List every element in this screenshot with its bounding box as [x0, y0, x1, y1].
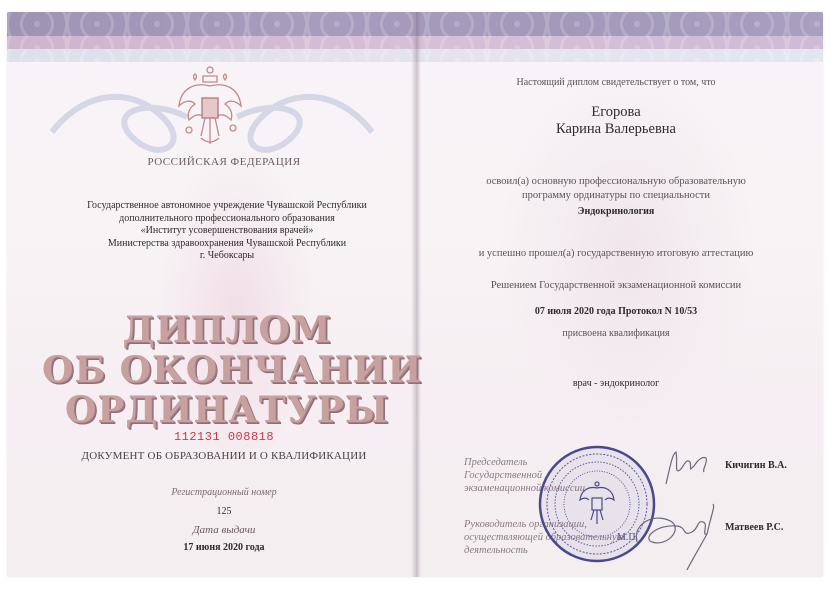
country-name: РОССИЙСКАЯ ФЕДЕРАЦИЯ: [7, 156, 441, 168]
title-line: ОБ ОКОНЧАНИИ: [42, 350, 412, 390]
protocol-reference: 07 июля 2020 года Протокол N 10/53: [421, 306, 811, 317]
document-type: ДОКУМЕНТ ОБ ОБРАЗОВАНИИ И О КВАЛИФИКАЦИИ: [7, 450, 441, 462]
attestation-statement: и успешно прошел(а) государственную итог…: [421, 248, 811, 259]
qualification: врач - эндокринолог: [421, 378, 811, 389]
organization-line: Министерства здравоохранения Чувашской Р…: [67, 238, 387, 251]
organization-line: г. Чебоксары: [67, 250, 387, 263]
program-statement-line: освоил(а) основную профессиональную обра…: [421, 175, 811, 189]
qualification-assigned-label: присвоена квалификация: [421, 328, 811, 339]
issuing-organization: Государственное автономное учреждение Чу…: [67, 200, 387, 263]
program-statement-line: программу ординатуры по специальности: [421, 189, 811, 203]
graduate-given-names: Карина Валерьевна: [421, 121, 811, 138]
registration-number-label: Регистрационный номер: [7, 487, 441, 498]
title-line: ОРДИНАТУРЫ: [42, 390, 412, 430]
head-signature-icon: [627, 502, 717, 572]
commission-chair-name: Кичигин В.А.: [725, 460, 787, 471]
certifies-text: Настоящий диплом свидетельствует о том, …: [421, 77, 811, 88]
diploma-title: ДИПЛОМ ОБ ОКОНЧАНИИ ОРДИНАТУРЫ: [42, 310, 412, 430]
specialty: Эндокринология: [421, 206, 811, 217]
registration-number: 125: [7, 506, 441, 517]
left-page: РОССИЙСКАЯ ФЕДЕРАЦИЯ Государственное авт…: [7, 12, 411, 577]
commission-decision: Решением Государственной экзаменационной…: [421, 280, 811, 291]
program-statement: освоил(а) основную профессиональную обра…: [421, 175, 811, 203]
diploma-sheet: РОССИЙСКАЯ ФЕДЕРАЦИЯ Государственное авт…: [7, 12, 823, 577]
organization-line: дополнительного профессионального образо…: [67, 213, 387, 226]
issue-date: 17 июня 2020 года: [7, 542, 441, 553]
graduate-surname: Егорова: [421, 104, 811, 121]
issue-date-label: Дата выдачи: [7, 524, 441, 536]
coat-of-arms-icon: [175, 64, 245, 152]
organization-head-name: Матвеев Р.С.: [725, 522, 783, 533]
title-line: ДИПЛОМ: [42, 310, 412, 350]
organization-line: «Институт усовершенствования врачей»: [67, 225, 387, 238]
organization-line: Государственное автономное учреждение Чу…: [67, 200, 387, 213]
serial-number: 112131 008818: [7, 430, 441, 444]
chair-signature-icon: [662, 448, 712, 488]
